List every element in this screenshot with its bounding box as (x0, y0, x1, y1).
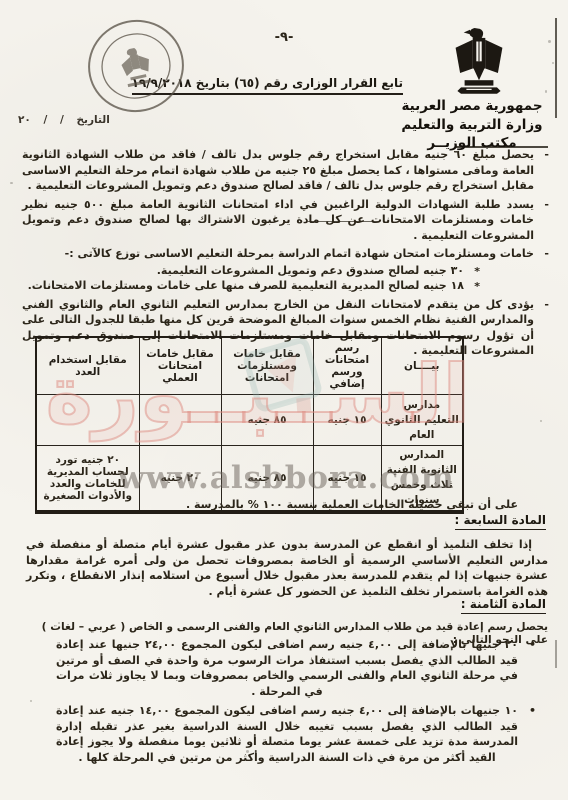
svg-text:وزارة التربية والتعليم ٭ جمهور: وزارة التربية والتعليم ٭ جمهورية مصر الع… (75, 20, 80, 32)
cell-school-name: مدارس التعليم الثانوي العام (381, 395, 463, 446)
article-seven-heading: المادة السابعة : (455, 513, 546, 530)
fees-table: بيــــان رسم امتحانات ورسم إضافي مقابل خ… (35, 336, 464, 514)
date-line: التاريخ / / ٢٠ (18, 114, 158, 126)
cell-tools (36, 395, 139, 446)
sub-bullet-item: * ١٨ جنيه لصالح المديرية التعليمية للصرف… (22, 278, 494, 294)
bullet-marker: • (529, 703, 536, 719)
bullet-text: يحصل مبلغ ٦٠ جنيه مقابل استخراج رقم جلوس… (22, 148, 534, 192)
fee-bullet-item: - يسدد طلبة الشهادات الدولية الراغبين في… (22, 197, 550, 244)
bullet-marker: - (544, 197, 549, 213)
letterhead: جمهورية مصر العربية وزارة التربية والتعل… (396, 97, 548, 153)
article-eight-items: • ٢٠ جنيها بالإضافة إلى ٤,٠٠ جنيه رسم اض… (30, 637, 544, 769)
table-header-row: بيــــان رسم امتحانات ورسم إضافي مقابل خ… (36, 337, 463, 395)
table-row: مدارس التعليم الثانوي العام ١٥ جنيه ٨٥ ج… (36, 395, 463, 446)
bullet-marker: * (474, 279, 480, 295)
header-tools: مقابل استخدام العدد (36, 337, 139, 395)
scan-edge-line (555, 640, 557, 668)
reregistration-fee-item: • ٢٠ جنيها بالإضافة إلى ٤,٠٠ جنيه رسم اض… (30, 637, 544, 699)
letterhead-ministry: وزارة التربية والتعليم (396, 116, 548, 135)
bullet-marker: * (474, 264, 480, 280)
eagle-emblem-icon (452, 26, 506, 102)
stamp-text: وزارة التربية والتعليم ٭ جمهورية مصر الع… (75, 20, 80, 32)
bullet-marker: - (544, 246, 549, 262)
article-eight-heading: المادة الثامنة : (461, 597, 546, 614)
bullet-text: ٣٠ جنيه لصالح صندوق دعم وتمويل المشروعات… (157, 264, 464, 277)
bullet-text: ١٨ جنيه لصالح المديرية التعليمية للصرف م… (28, 279, 464, 292)
bullet-text: ٢٠ جنيها بالإضافة إلى ٤,٠٠ جنيه رسم اضاف… (56, 638, 518, 698)
header-exam-fee: رسم امتحانات ورسم إضافي (313, 337, 381, 395)
bullet-text: خامات ومستلزمات امتحان شهادة اتمام الدرا… (65, 247, 534, 260)
sub-bullet-item: * ٣٠ جنيه لصالح صندوق دعم وتمويل المشروع… (22, 263, 494, 279)
cell-tools: ٢٠ جنيه تورد لحساب المديرية للخامات والع… (36, 446, 139, 513)
table-note: على أن تبقى حصيلة الخامات العملية بنسبة … (186, 498, 518, 511)
article-seven-body: إذا تخلف التلميذ أو انقطع عن المدرسة بدو… (26, 537, 548, 599)
sub-bullet-list: * ٣٠ جنيه لصالح صندوق دعم وتمويل المشروع… (22, 263, 534, 294)
bullet-marker: - (544, 147, 549, 163)
cell-materials: ٨٥ جنيه (221, 395, 313, 446)
ministry-stamp-icon: وزارة التربية والتعليم ٭ جمهورية مصر الع… (75, 6, 198, 125)
header-practical: مقابل خامات امتحانات العملي (139, 337, 221, 395)
fees-section: - يحصل مبلغ ٦٠ جنيه مقابل استخراج رقم جل… (22, 147, 550, 362)
bullet-marker: - (544, 297, 549, 313)
bullet-marker: • (529, 637, 536, 653)
cell-exam-fee: ١٥ جنيه (313, 395, 381, 446)
bullet-text: يسدد طلبة الشهادات الدولية الراغبين في ا… (22, 198, 534, 242)
header-statement: بيــــان (381, 337, 463, 395)
bullet-text: ١٠ جنيهات بالإضافة إلى ٤,٠٠ جنيه رسم اضا… (56, 704, 518, 764)
fee-bullet-item: - خامات ومستلزمات امتحان شهادة اتمام الد… (22, 246, 550, 294)
cell-practical (139, 395, 221, 446)
scanned-decree-page: -٩- تابع القرار الوزارى رقم (٦٥) بتاريخ … (0, 0, 568, 800)
letterhead-republic: جمهورية مصر العربية (396, 97, 548, 116)
fee-bullet-item: - يحصل مبلغ ٦٠ جنيه مقابل استخراج رقم جل… (22, 147, 550, 194)
reregistration-fee-item: • ١٠ جنيهات بالإضافة إلى ٤,٠٠ جنيه رسم ا… (30, 703, 544, 765)
header-materials: مقابل خامات ومستلزمات امتحانات (221, 337, 313, 395)
